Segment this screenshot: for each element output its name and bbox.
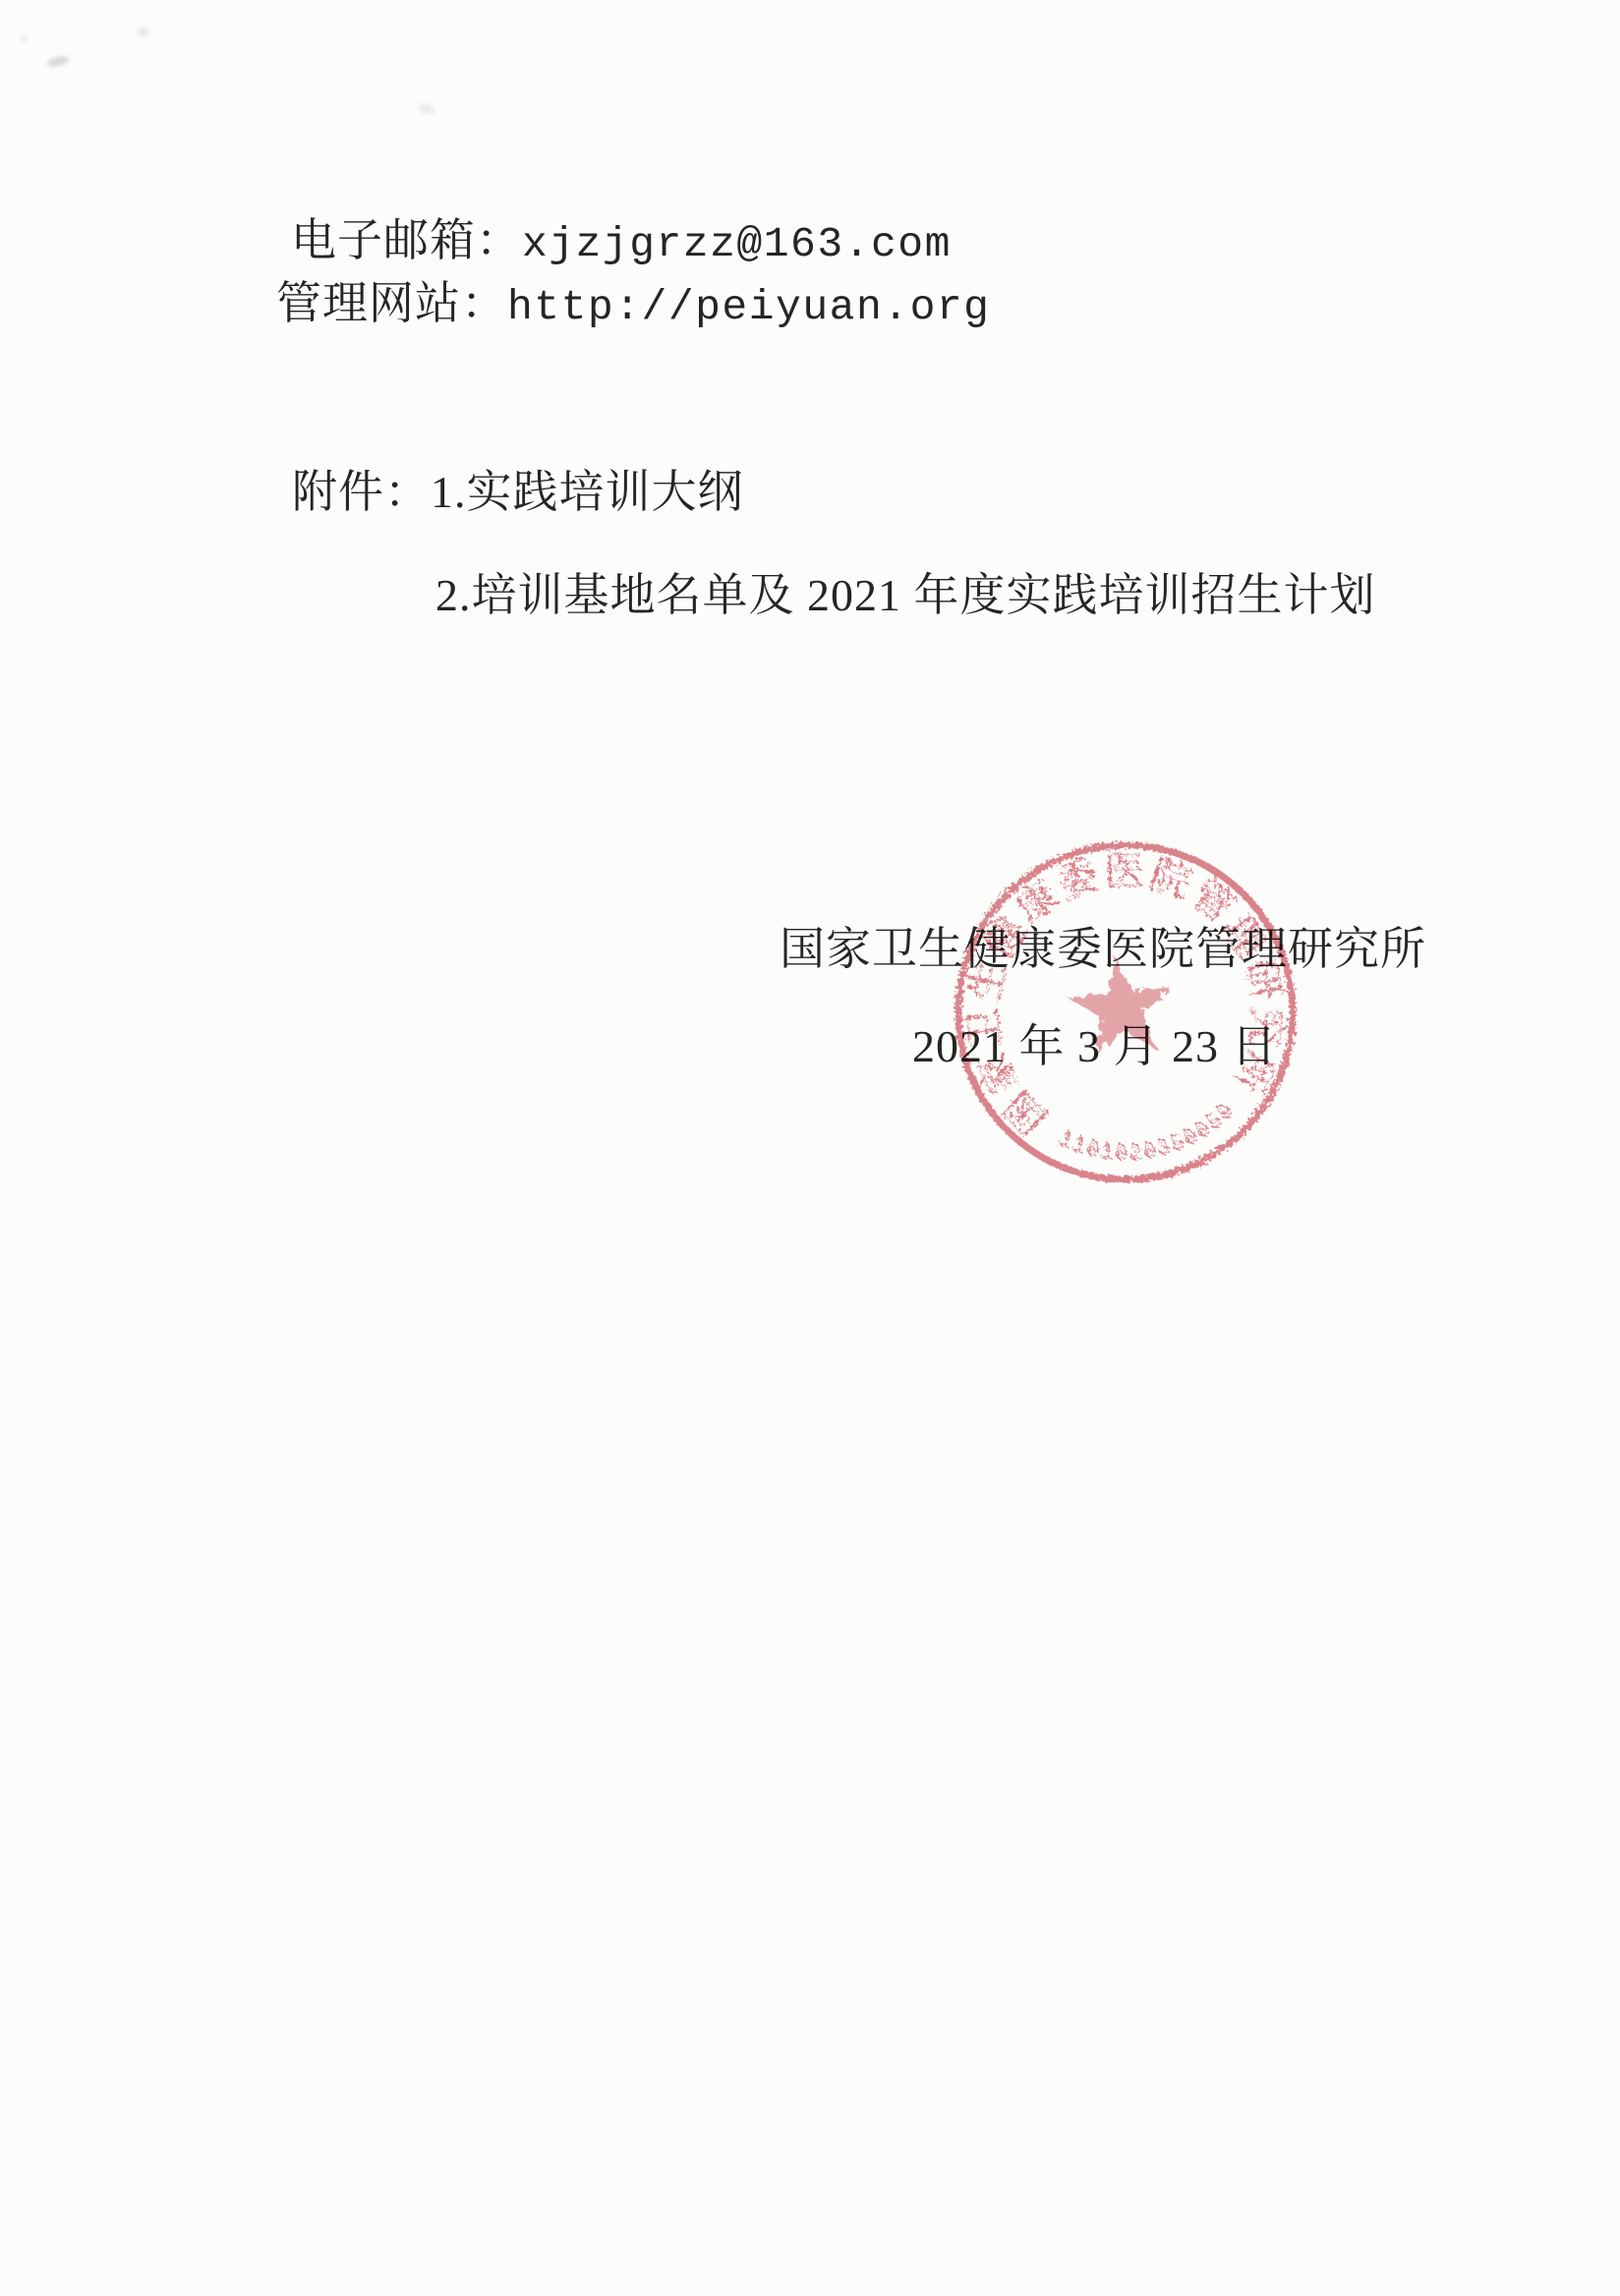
scan-smudge bbox=[138, 28, 148, 36]
seal-graphic: 国家卫生健康委医院管理研究所1101020350059 bbox=[935, 822, 1316, 1203]
attachment-line-1: 附件：1.实践培训大纲 bbox=[292, 468, 744, 518]
attachment-line-2: 2.培训基地名单及 2021 年度实践培训招生计划 bbox=[435, 571, 1376, 621]
svg-text:2: 2 bbox=[1128, 1140, 1144, 1167]
attachment-item-2: 2.培训基地名单及 2021 年度实践培训招生计划 bbox=[435, 570, 1376, 620]
official-seal: 国家卫生健康委医院管理研究所1101020350059 bbox=[935, 822, 1316, 1203]
svg-text:国: 国 bbox=[995, 1082, 1056, 1143]
scan-smudge bbox=[20, 35, 28, 41]
svg-text:0: 0 bbox=[1083, 1136, 1102, 1164]
email-line: 电子邮箱：xjzjgrzz@163.com bbox=[291, 216, 952, 267]
svg-text:0: 0 bbox=[1190, 1117, 1216, 1145]
svg-text:0: 0 bbox=[1141, 1138, 1159, 1166]
svg-text:0: 0 bbox=[1179, 1123, 1202, 1152]
svg-text:1: 1 bbox=[1099, 1139, 1116, 1167]
signature-org: 国家卫生健康委医院管理研究所 bbox=[780, 924, 1426, 974]
svg-text:9: 9 bbox=[1212, 1099, 1240, 1126]
website-value: http://peiyuan.org bbox=[507, 283, 990, 331]
signature-date-line: 2021 年 3 月 23 日 bbox=[912, 1022, 1278, 1072]
scan-smudge bbox=[46, 55, 69, 68]
scan-smudge bbox=[418, 102, 435, 117]
attachment-label: 附件： bbox=[292, 467, 431, 517]
svg-text:医: 医 bbox=[1104, 848, 1144, 893]
website-label: 管理网站： bbox=[276, 278, 507, 328]
document-page: 电子邮箱：xjzjgrzz@163.com 管理网站：http://peiyua… bbox=[0, 0, 1620, 2296]
email-value: xjzjgrzz@163.com bbox=[522, 220, 952, 268]
svg-text:委: 委 bbox=[1052, 851, 1105, 907]
svg-text:3: 3 bbox=[1154, 1134, 1174, 1163]
svg-text:1: 1 bbox=[1069, 1131, 1090, 1160]
signature-org-line: 国家卫生健康委医院管理研究所 bbox=[780, 925, 1426, 975]
website-line: 管理网站：http://peiyuan.org bbox=[276, 279, 990, 330]
svg-text:0: 0 bbox=[1114, 1141, 1128, 1167]
email-label: 电子邮箱： bbox=[291, 215, 522, 265]
signature-date: 2021 年 3 月 23 日 bbox=[912, 1021, 1278, 1071]
attachment-item-1: 1.实践培训大纲 bbox=[431, 467, 744, 517]
svg-text:5: 5 bbox=[1167, 1129, 1188, 1158]
svg-text:院: 院 bbox=[1145, 850, 1198, 906]
svg-text:1: 1 bbox=[1054, 1126, 1077, 1155]
svg-text:管: 管 bbox=[1184, 871, 1244, 931]
svg-text:5: 5 bbox=[1201, 1108, 1228, 1136]
